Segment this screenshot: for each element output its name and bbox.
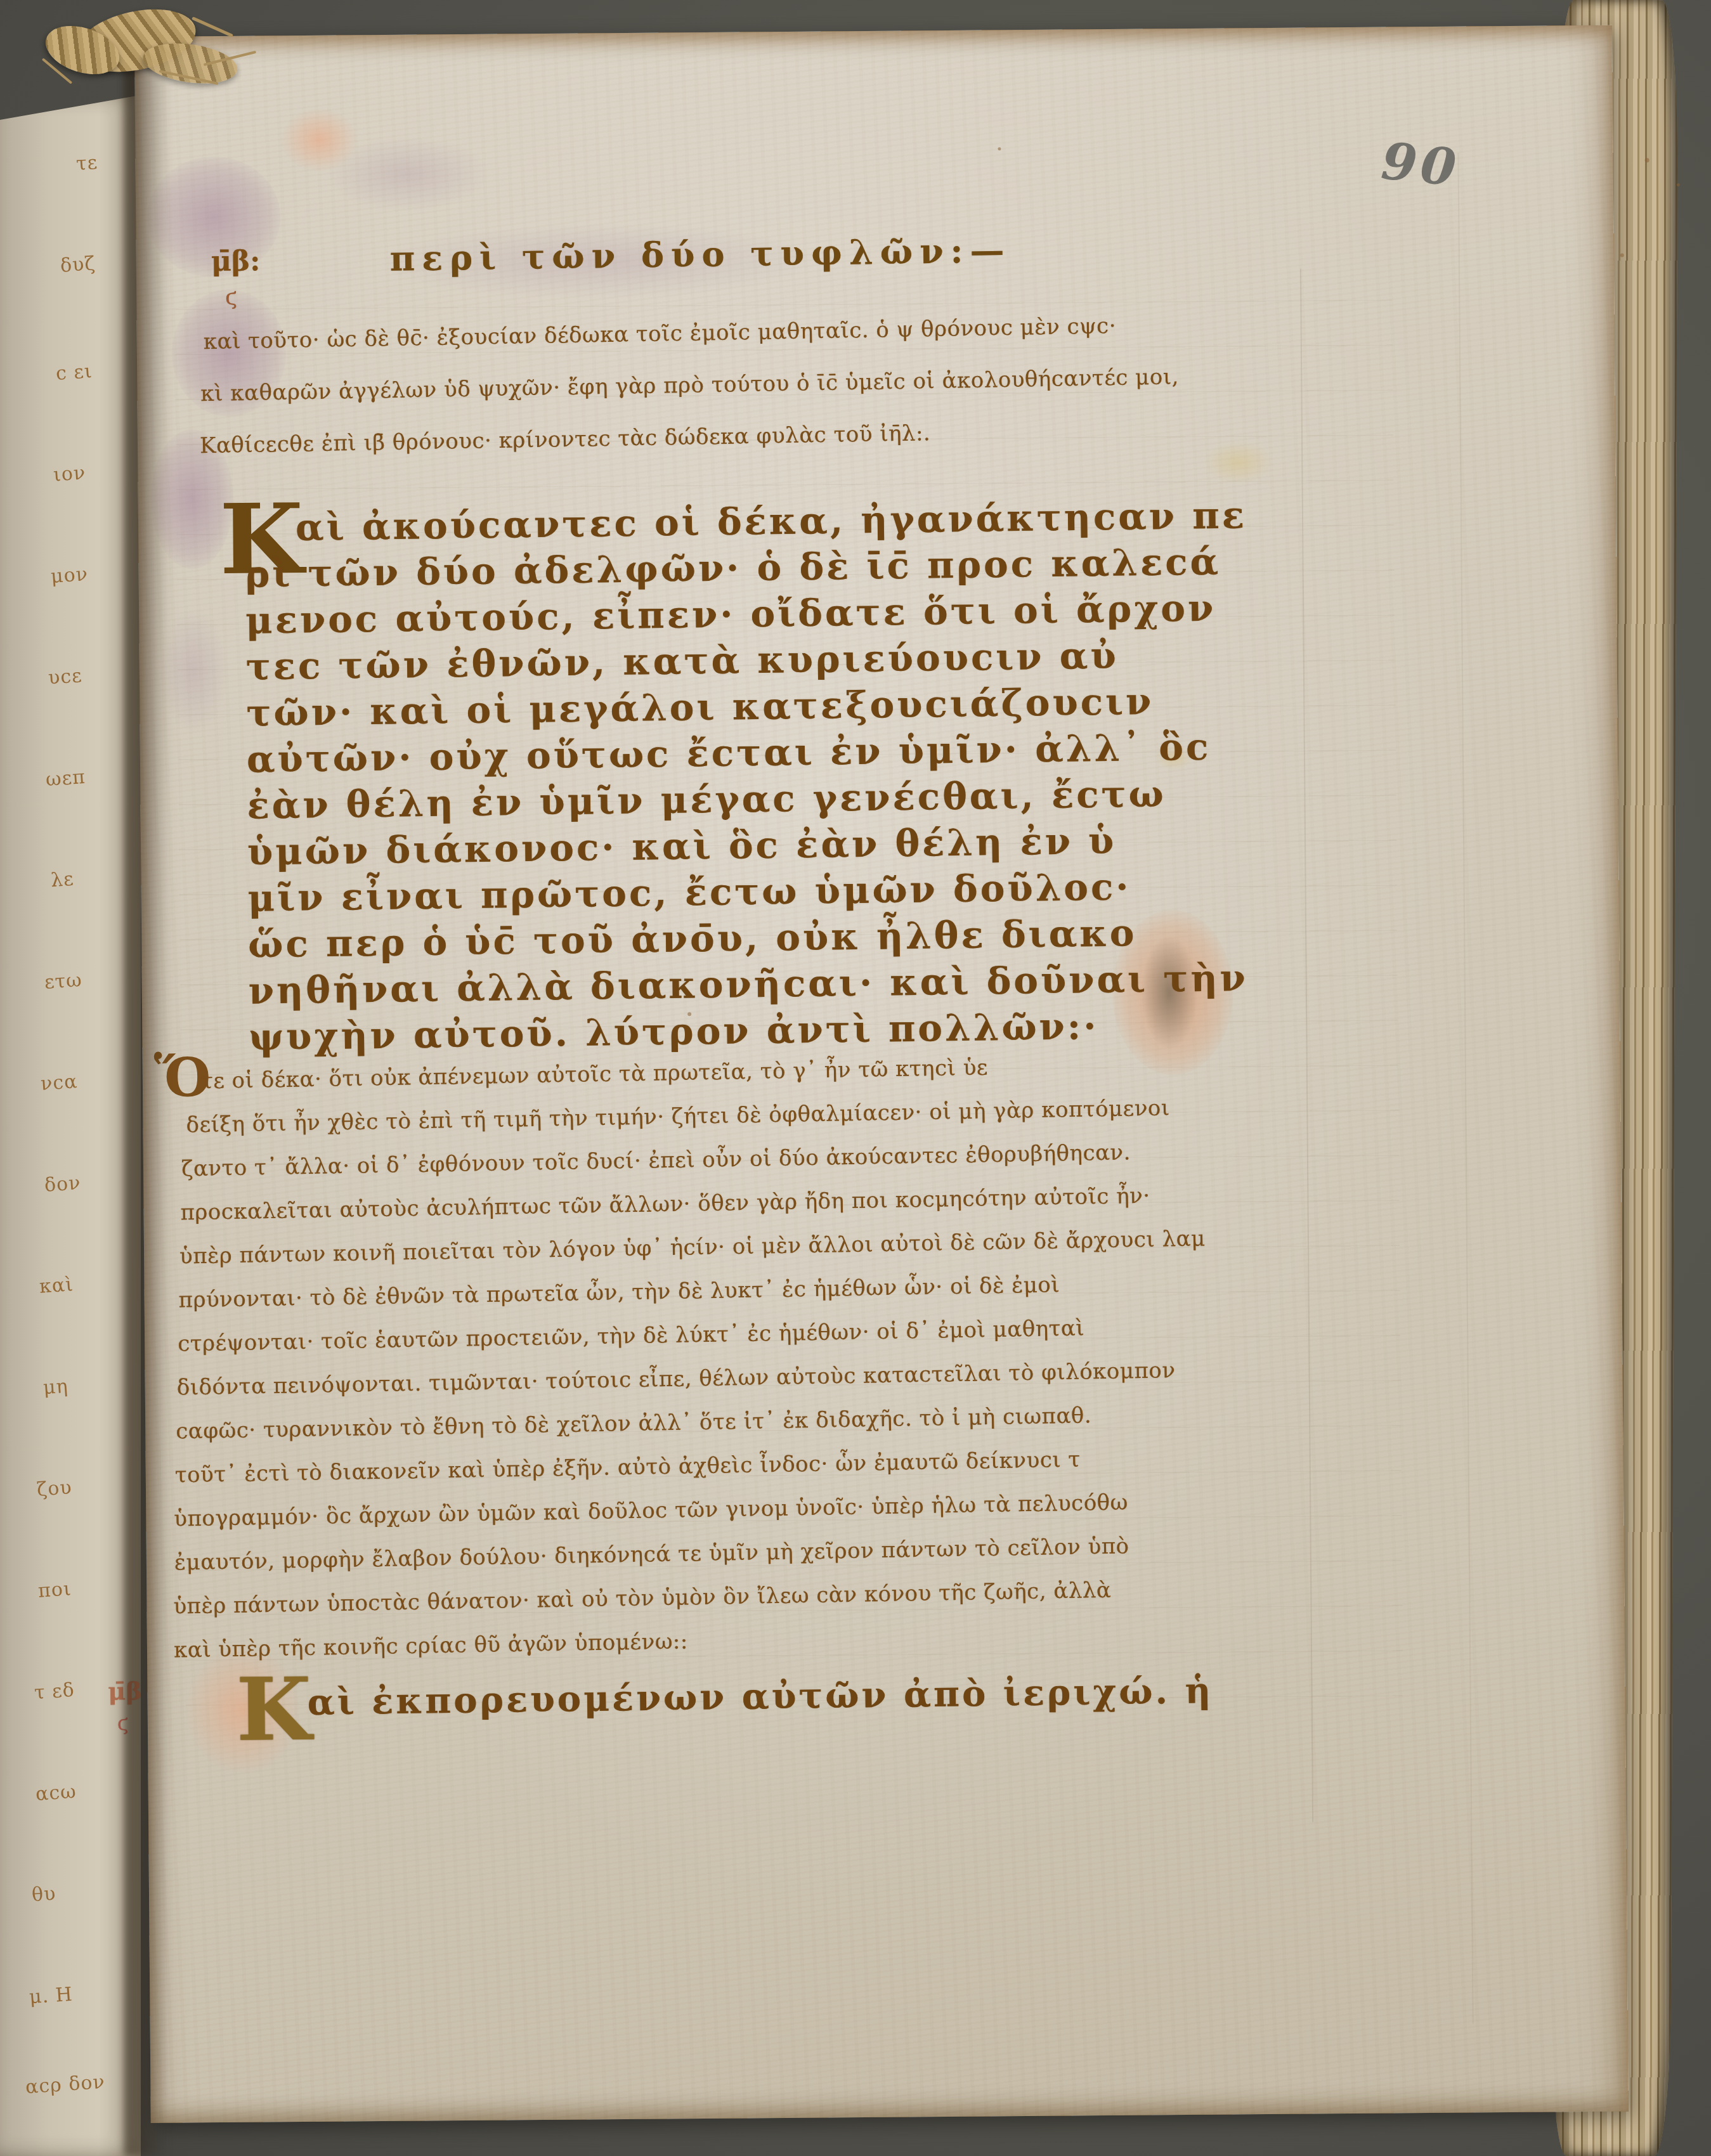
ink-speck bbox=[998, 147, 1001, 150]
manuscript-page: 90 μ̄β: ϛ περὶ τῶν δύο τυφλῶν:— καὶ τοῦτ… bbox=[134, 25, 1629, 2123]
leaf-text-fragment: θυ bbox=[31, 1883, 57, 1907]
leaf-text-fragment: δυζ bbox=[60, 252, 96, 277]
leaf-text-fragment: νϲα bbox=[40, 1070, 79, 1095]
rope-strand bbox=[192, 16, 233, 37]
red-smudge bbox=[281, 108, 358, 172]
leaf-text-fragment: αϲρ δον bbox=[25, 2071, 106, 2099]
ink-speck bbox=[1645, 158, 1649, 162]
manuscript-photo: τε δυζ ϲ ει ιον μον υϲε ωεπ λε ετω νϲα δ… bbox=[0, 0, 1711, 2156]
leaf-text-fragment: ποι bbox=[37, 1578, 72, 1602]
gutter-shadow bbox=[124, 38, 169, 2156]
purple-stain bbox=[325, 136, 491, 213]
leaf-text-fragment: καὶ bbox=[39, 1273, 74, 1298]
closing-initial: Κ bbox=[236, 1666, 311, 1753]
leaf-text-fragment: αϲω bbox=[35, 1781, 77, 1805]
previous-page-leaf: τε δυζ ϲ ει ιον μον υϲε ωεπ λε ετω νϲα δ… bbox=[0, 95, 141, 2156]
leaf-text-fragment: ωεπ bbox=[45, 766, 86, 791]
leaf-text-fragment: ετω bbox=[44, 969, 83, 994]
leaf-text-fragment: υϲε bbox=[48, 665, 83, 689]
leaf-text-fragment: δον bbox=[44, 1172, 82, 1197]
leaf-text-fragment: μη bbox=[42, 1375, 69, 1399]
margin-chapter-number: μ̄β: bbox=[211, 245, 261, 278]
ink-speck bbox=[1620, 254, 1624, 257]
leaf-text-fragment: ζου bbox=[36, 1476, 73, 1501]
leaf-text-fragment: μ. Η bbox=[29, 1984, 74, 2009]
leaf-text-fragment: μον bbox=[50, 563, 89, 588]
margin-flourish: ϛ bbox=[225, 285, 237, 310]
leaf-text-fragment: ιον bbox=[53, 462, 86, 486]
chapter-title: περὶ τῶν δύο τυφλῶν:— bbox=[389, 230, 1012, 279]
leaf-text-fragment: τε bbox=[75, 152, 98, 175]
leaf-text-fragment: τ εδ bbox=[34, 1679, 75, 1704]
ink-speck bbox=[1677, 183, 1680, 186]
folio-number: 90 bbox=[1379, 131, 1462, 197]
leaf-text-fragment: ϲ ει bbox=[55, 360, 93, 385]
fold-line bbox=[1458, 153, 1474, 2024]
leaf-text-fragment: λε bbox=[50, 868, 75, 892]
